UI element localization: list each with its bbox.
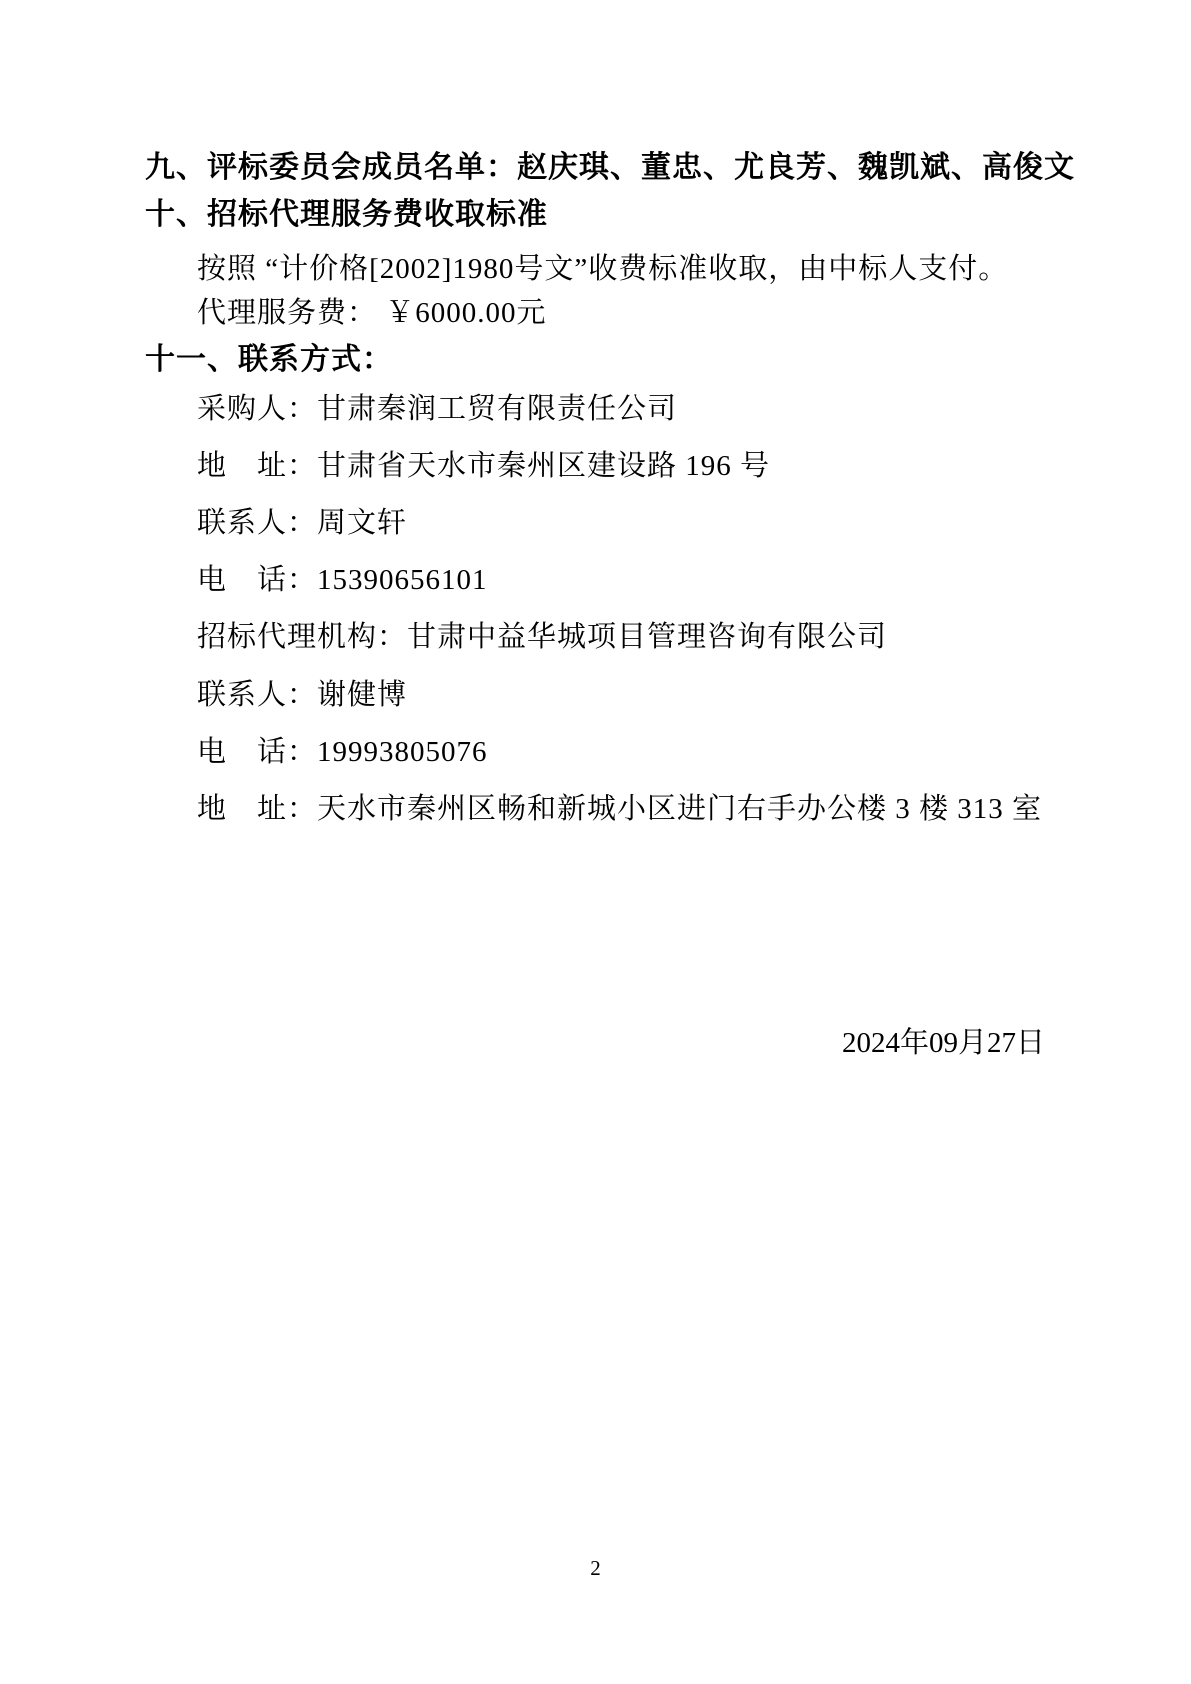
line-purchaser-address: 地 址：甘肃省天水市秦州区建设路 196 号: [197, 449, 770, 484]
document-page: 九、评标委员会成员名单：赵庆琪、董忠、尤良芳、魏凯斌、高俊文 十、招标代理服务费…: [0, 0, 1191, 1684]
line-purchaser-contact-person: 联系人：周文轩: [197, 506, 407, 541]
heading-section-11-contact-info: 十一、联系方式：: [145, 342, 393, 378]
line-agency-name: 招标代理机构：甘肃中益华城项目管理咨询有限公司: [197, 620, 887, 655]
para-agency-fee-amount: 代理服务费： ￥6000.00元: [197, 296, 547, 331]
heading-section-9-evaluation-committee: 九、评标委员会成员名单：赵庆琪、董忠、尤良芳、魏凯斌、高俊文: [145, 150, 1075, 186]
line-purchaser-name: 采购人：甘肃秦润工贸有限责任公司: [197, 392, 677, 427]
heading-section-10-agency-fee-standard: 十、招标代理服务费收取标准: [145, 197, 548, 233]
line-agency-contact-person: 联系人：谢健博: [197, 678, 407, 713]
para-fee-basis: 按照 “计价格[2002]1980号文”收费标准收取，由中标人支付。: [197, 252, 1008, 287]
line-agency-phone: 电 话：19993805076: [197, 735, 488, 770]
line-purchaser-phone: 电 话：15390656101: [197, 563, 488, 598]
page-number: 2: [0, 1556, 1191, 1581]
document-date: 2024年09月27日: [842, 1020, 1045, 1061]
line-agency-address: 地 址：天水市秦州区畅和新城小区进门右手办公楼 3 楼 313 室: [197, 792, 1042, 827]
